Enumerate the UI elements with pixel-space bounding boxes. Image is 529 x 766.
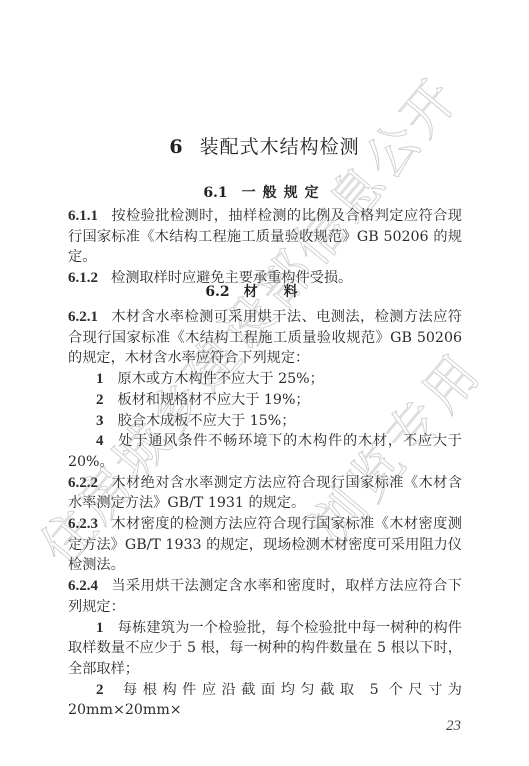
item-number: 1 — [96, 620, 104, 636]
item-number: 2 — [96, 392, 104, 408]
list-item: 2板材和规格材不应大于 19%； — [68, 390, 462, 411]
section-6-2-body: 6.2.1木材含水率检测可采用烘干法、电测法，检测方法应符合现行国家标准《木结构… — [68, 307, 462, 721]
item-number: 3 — [96, 413, 104, 429]
clause-text: 当采用烘干法测定含水率和密度时，取样方法应符合下列规定： — [68, 578, 462, 615]
section-6-1-body: 6.1.1按检验批检测时，抽样检测的比例及合格判定应符合现行国家标准《木结构工程… — [68, 206, 462, 289]
clause-text: 木材含水率检测可采用烘干法、电测法，检测方法应符合现行国家标准《木结构工程施工质… — [68, 309, 462, 366]
list-item: 3胶合木成板不应大于 15%； — [68, 411, 462, 432]
item-text: 胶合木成板不应大于 15%； — [118, 413, 296, 429]
page-number: 23 — [446, 718, 461, 735]
item-text: 每根构件应沿截面均匀截取 5 个尺寸为 20mm×20mm× — [68, 682, 462, 719]
item-number: 2 — [96, 682, 104, 698]
section-name: 材料 — [244, 284, 324, 300]
clause-6-2-1: 6.2.1木材含水率检测可采用烘干法、电测法，检测方法应符合现行国家标准《木结构… — [68, 307, 462, 369]
list-item: 1每栋建筑为一个检验批，每个检验批中每一树种的构件取样数量不应少于 5 根，每一… — [68, 618, 462, 680]
item-number: 1 — [96, 371, 104, 387]
clause-text: 木材绝对含水率测定方法应符合现行国家标准《木材含水率测定方法》GB/T 1931… — [68, 475, 462, 512]
chapter-number: 6 — [169, 136, 183, 158]
section-title-6-1: 6.1一般规定 — [0, 182, 529, 202]
clause-6-1-1: 6.1.1按检验批检测时，抽样检测的比例及合格判定应符合现行国家标准《木结构工程… — [68, 206, 462, 268]
item-number: 4 — [96, 433, 104, 449]
clause-6-2-4: 6.2.4当采用烘干法测定含水率和密度时，取样方法应符合下列规定： — [68, 576, 462, 617]
clause-6-2-2: 6.2.2木材绝对含水率测定方法应符合现行国家标准《木材含水率测定方法》GB/T… — [68, 473, 462, 514]
item-text: 板材和规格材不应大于 19%； — [118, 392, 310, 408]
clause-number: 6.2.1 — [68, 309, 98, 325]
clause-text: 按检验批检测时，抽样检测的比例及合格判定应符合现行国家标准《木结构工程施工质量验… — [68, 208, 462, 265]
section-number: 6.2 — [205, 284, 229, 300]
clause-number: 6.1.1 — [68, 208, 98, 224]
item-text: 原木或方木构件不应大于 25%； — [118, 371, 324, 387]
item-text: 处于通风条件不畅环境下的木构件的木材，不应大于 20%。 — [68, 433, 462, 470]
document-page: 6装配式木结构检测 6.1一般规定 6.1.1按检验批检测时，抽样检测的比例及合… — [0, 0, 529, 766]
clause-number: 6.2.2 — [68, 475, 98, 491]
chapter-name: 装配式木结构检测 — [200, 136, 360, 158]
section-name: 一般规定 — [242, 185, 326, 201]
clause-6-2-3: 6.2.3木材密度的检测方法应符合现行国家标准《木材密度测定方法》GB/T 19… — [68, 514, 462, 576]
clause-text: 木材密度的检测方法应符合现行国家标准《木材密度测定方法》GB/T 1933 的规… — [68, 516, 462, 573]
clause-number: 6.2.4 — [68, 578, 98, 594]
section-title-6-2: 6.2材料 — [0, 281, 529, 301]
chapter-title: 6装配式木结构检测 — [0, 132, 529, 159]
item-text: 每栋建筑为一个检验批，每个检验批中每一树种的构件取样数量不应少于 5 根，每一树… — [68, 620, 462, 677]
list-item: 2每根构件应沿截面均匀截取 5 个尺寸为 20mm×20mm× — [68, 680, 462, 721]
list-item: 4处于通风条件不畅环境下的木构件的木材，不应大于 20%。 — [68, 431, 462, 472]
clause-number: 6.2.3 — [68, 516, 98, 532]
list-item: 1原木或方木构件不应大于 25%； — [68, 369, 462, 390]
section-number: 6.1 — [203, 185, 227, 201]
